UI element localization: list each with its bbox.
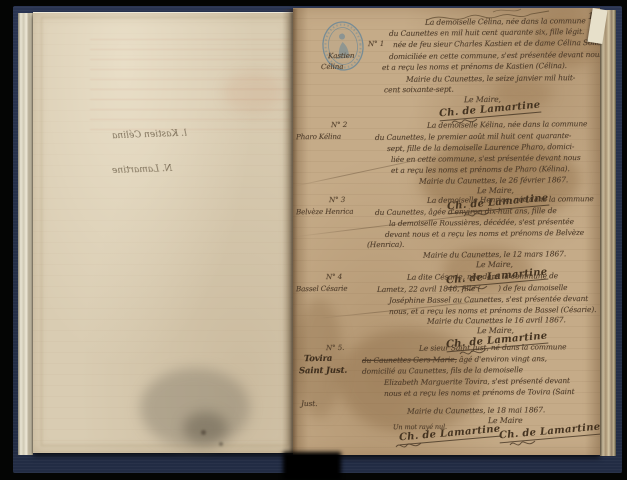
entry-margin-name: Bassel Césarie [296,284,347,294]
entry-margin-name: Pharo Kélina [296,132,341,141]
right-page-edge-stack [600,10,616,456]
entry-line: Just. [301,399,317,408]
entry-line: La demoiselle Henrica, née dans la commu… [427,194,594,205]
entry-line: (Henrica). [367,240,404,249]
entry-line: Joséphine Bassel au Caunettes, s'est pré… [389,294,588,305]
struck-text: du Caunettes Gers-Marie, [362,355,457,365]
maire-label: Le Maire, [476,260,513,269]
entry-line: Le sieur Saint Just, né dans la commune [419,342,567,353]
entry-line: et a reçu les noms et prénoms de Kastien… [382,61,567,72]
maire-label: Le Maire, [477,186,514,195]
entry-number: N° 2 [331,120,347,129]
entry-line-rest: âgé d'environ vingt ans, [457,354,547,364]
ink-speck [201,430,206,435]
spine-bottom-shadow [283,452,341,480]
entry-number: N° 1 [368,39,384,48]
entry-line: nous et a reçu les noms et prénoms de To… [384,387,575,398]
entry-margin-name: Belvèze Henrica [296,207,354,217]
register-scan-photo: l. Kastien Célina N. Lamartine 1 [0,0,627,480]
book-gutter-shadow [282,9,298,455]
entry-line: domicilié au Caunettes, fils de la demoi… [362,365,523,376]
entry-dateline: Mairie du Caunettes, le seize janvier mi… [406,73,575,84]
entry-line: Lametz, 22 avril 1846, fille ( ) de feu … [377,283,568,294]
entry-line: du Caunettes, le premier août mil huit c… [375,131,571,142]
entry-line: et a reçu les noms et prénoms de Pharo (… [391,164,570,175]
entry-dateline: Mairie du Caunettes le 16 avril 1867. [427,315,566,325]
bleedthrough-text: N. Lamartine [112,164,172,176]
entry-line: la demoiselle Roussières, décédée, s'est… [389,217,574,228]
entry-line: La demoiselle Célina, née dans la commun… [425,16,586,27]
ink-speck [219,442,223,446]
entry-line: Elizabeth Marguerite Tovira, s'est prése… [384,376,570,387]
entry-margin-name: Célina [321,62,343,71]
entry-line: devant nous et a reçu les noms et prénom… [385,228,584,239]
signature-paraph [395,440,423,452]
entry-margin-name: Tovira [304,354,332,364]
entry-dateline: Mairie du Caunettes, le 18 mai 1867. [407,405,545,415]
signature-paraph [509,438,537,450]
left-page-edge-stack [18,13,33,455]
entry-line-with-strikeout: du Caunettes Gers-Marie, âgé d'environ v… [362,354,547,365]
entry-margin-name: Saint Just. [299,366,347,377]
entry-line: La demoiselle Kélina, née dans la commun… [427,119,587,130]
left-page-smudge [183,412,228,444]
entry-number: N° 4 [326,272,342,281]
pink-bleed-blotch [223,72,283,112]
entry-margin-name: Kastien [328,51,354,60]
entry-line: du Caunettes, âgée d'environ dix-huit an… [375,206,557,217]
entry-dateline: Mairie du Caunettes, le 12 mars 1867. [423,249,566,259]
right-page: 1 N° 1 Kastien Célina La demoiselle Céli… [293,8,600,455]
entry-dateline: Mairie du Caunettes, le 26 février 1867. [419,175,568,186]
entry-line: La dite Césarie, née dans la commune de [407,271,558,282]
entry-dateline: cent soixante-sept. [384,85,454,95]
entry-number: N° 3 [329,195,345,204]
left-page: l. Kastien Célina N. Lamartine [33,12,293,453]
entry-number: N° 5. [326,343,344,352]
